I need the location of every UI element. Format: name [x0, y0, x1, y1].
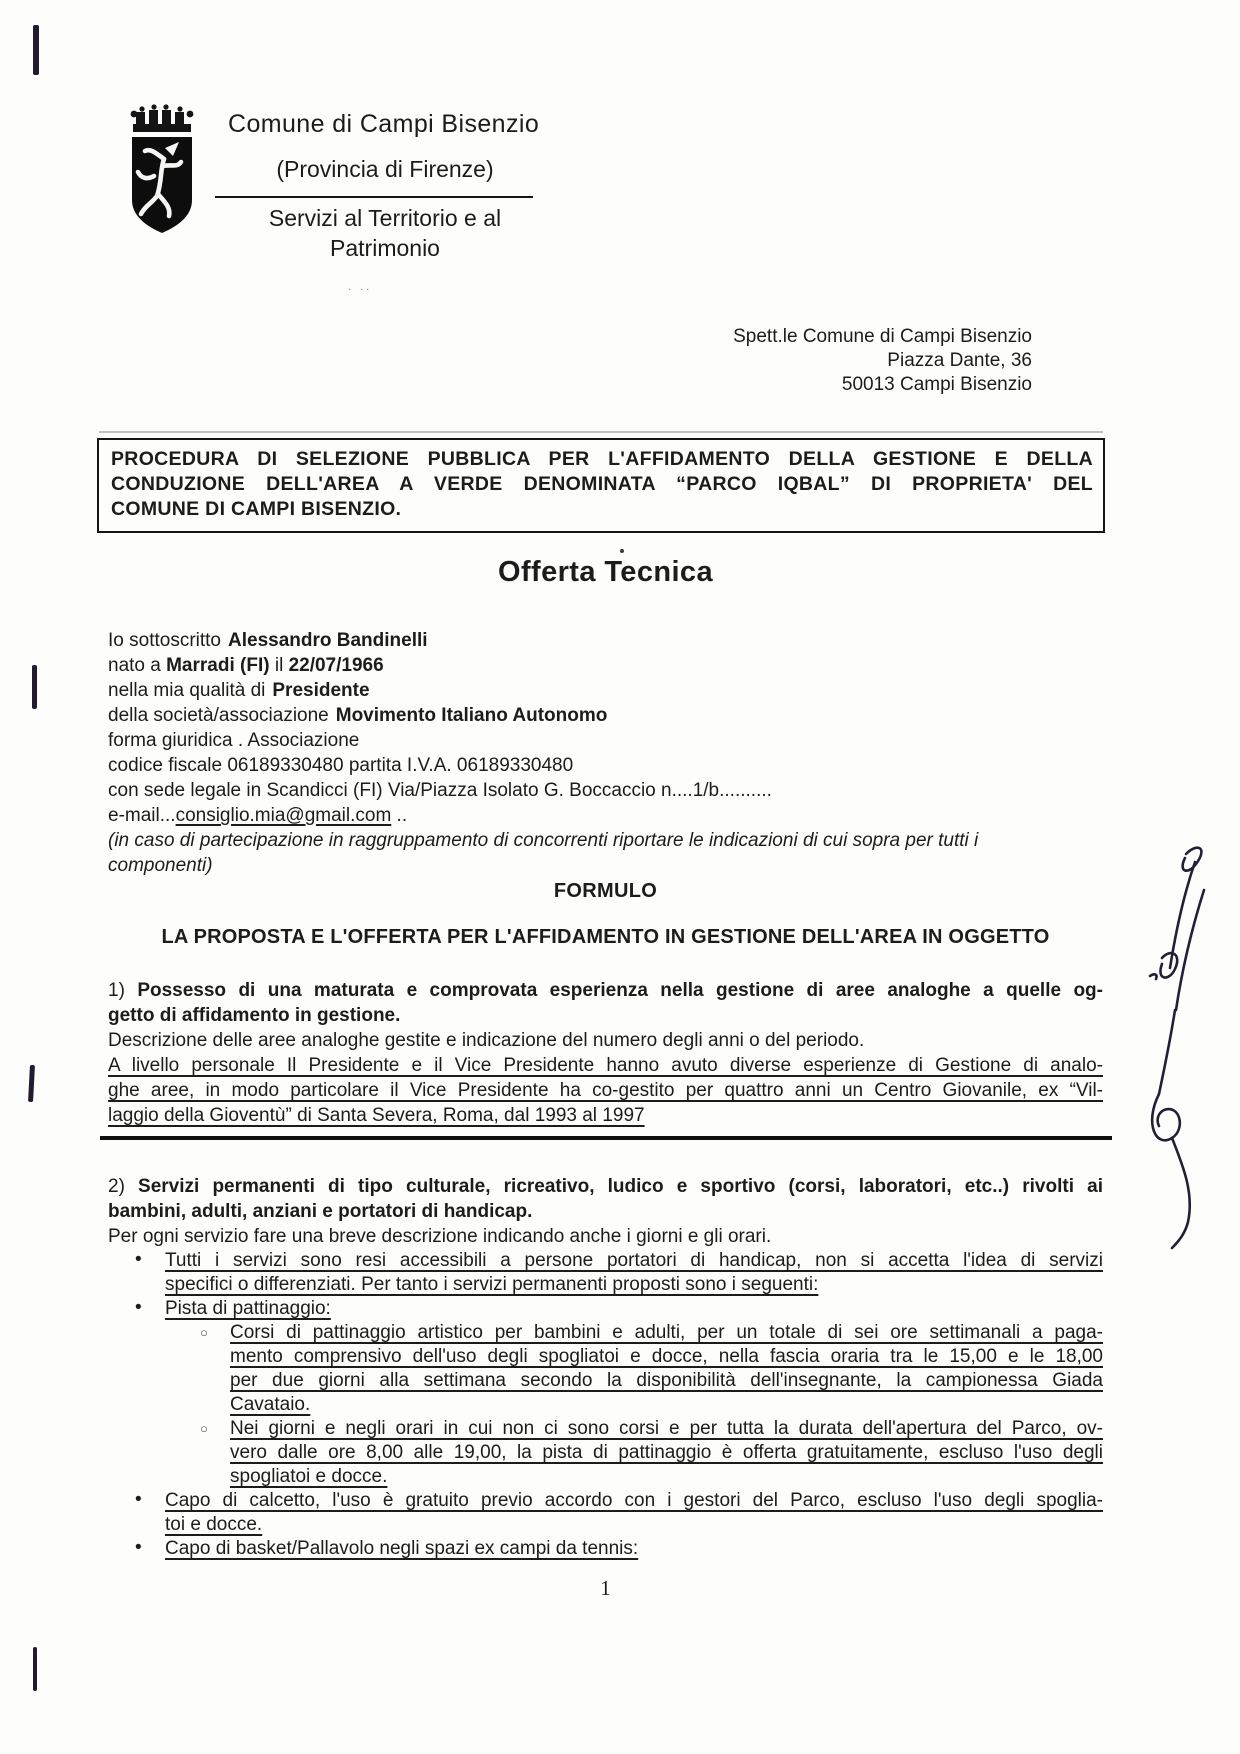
- birth-date: 22/07/1966: [289, 655, 384, 676]
- list-item: ○ Nei giorni e negli orari in cui non ci…: [108, 1417, 1103, 1489]
- proposal-heading: LA PROPOSTA E L'OFFERTA PER L'AFFIDAMENT…: [108, 926, 1103, 949]
- bullet-line: Capo di calcetto, l'uso è gratuito previ…: [165, 1489, 1103, 1513]
- bullet-line: vero dalle ore 8,00 alle 19,00, la pista…: [230, 1441, 1103, 1465]
- declaration-line: della società/associazioneMovimento Ital…: [108, 703, 1103, 728]
- bullet-line: specifici o differenziati. Per tanto i s…: [165, 1273, 1103, 1297]
- bullet-icon: •: [135, 1488, 142, 1512]
- list-item: • Tutti i servizi sono resi accessibili …: [108, 1249, 1103, 1297]
- recipient-line: Spett.le Comune di Campi Bisenzio: [733, 325, 1032, 349]
- list-item: • Pista di pattinaggio:: [108, 1297, 1103, 1321]
- text: Io sottoscritto: [108, 630, 221, 651]
- scan-ghost-line: [99, 431, 1103, 433]
- bullet-line: Tutti i servizi sono resi accessibili a …: [165, 1249, 1103, 1273]
- bullet-line: spogliatoi e docce.: [230, 1465, 1103, 1489]
- section-2-description: Per ogni servizio fare una breve descriz…: [108, 1224, 1103, 1249]
- scan-artifact-bar: [32, 665, 37, 709]
- bullet-line: mento comprensivo dell'uso degli spoglia…: [230, 1345, 1103, 1369]
- handwritten-signature: [1128, 842, 1222, 1254]
- bullet-icon: •: [135, 1296, 142, 1320]
- text: e-mail...: [108, 805, 176, 826]
- recipient-line: Piazza Dante, 36: [733, 349, 1032, 373]
- recipient-address: Spett.le Comune di Campi Bisenzio Piazza…: [733, 325, 1032, 397]
- scan-speck: [620, 549, 624, 553]
- scan-speck: . ..: [348, 281, 372, 293]
- section-heading-text: Possesso di una maturata e comprovata es…: [137, 980, 1103, 1001]
- declaration-line: con sede legale in Scandicci (FI) Via/Pi…: [108, 778, 1103, 803]
- role: Presidente: [272, 680, 369, 701]
- declaration-line: codice fiscale 06189330480 partita I.V.A…: [108, 753, 1103, 778]
- section-2-heading-line: bambini, adulti, anziani e portatori di …: [108, 1199, 1103, 1224]
- bullet-icon: •: [135, 1248, 142, 1272]
- section-1-description: Descrizione delle aree analoghe gestite …: [108, 1028, 1103, 1053]
- sub-bullet-icon: ○: [200, 1417, 208, 1441]
- list-item: • Capo di calcetto, l'uso è gratuito pre…: [108, 1489, 1103, 1537]
- subject-box: PROCEDURA DI SELEZIONE PUBBLICA PER L'AF…: [97, 438, 1105, 533]
- section-1-answer-line: laggio della Gioventù” di Santa Severa, …: [108, 1103, 1103, 1128]
- text: il: [270, 655, 289, 676]
- service-bullet-list: • Tutti i servizi sono resi accessibili …: [108, 1249, 1103, 1561]
- scanned-document-page: Comune di Campi Bisenzio (Provincia di F…: [0, 0, 1240, 1754]
- declaration-line: nella mia qualità diPresidente: [108, 678, 1103, 703]
- declaration-line: forma giuridica . Associazione: [108, 728, 1103, 753]
- section-divider: [100, 1136, 1112, 1140]
- declaration-line: e-mail...consiglio.mia@gmail.com ..: [108, 803, 1103, 828]
- section-heading-text: Servizi permanenti di tipo culturale, ri…: [138, 1176, 1103, 1197]
- declaration-line: Io sottoscrittoAlessandro Bandinelli: [108, 628, 1103, 653]
- section-heading-text: getto di affidamento in gestione.: [108, 1005, 400, 1026]
- section-heading-text: bambini, adulti, anziani e portatori di …: [108, 1201, 532, 1222]
- letterhead: Comune di Campi Bisenzio (Provincia di F…: [215, 110, 555, 263]
- bullet-line: Nei giorni e negli orari in cui non ci s…: [230, 1417, 1103, 1441]
- section-1-answer-line: ghe aree, in modo particolare il Vice Pr…: [108, 1078, 1103, 1103]
- email-address: consiglio.mia@gmail.com: [176, 805, 392, 826]
- recipient-line: 50013 Campi Bisenzio: [733, 373, 1032, 397]
- bullet-line: toi e docce.: [165, 1513, 1103, 1537]
- declaration: Io sottoscrittoAlessandro Bandinelli nat…: [108, 628, 1103, 878]
- section-2: 2) Servizi permanenti di tipo culturale,…: [108, 1174, 1103, 1561]
- scan-artifact-bar: [33, 1647, 37, 1691]
- note-line: (in caso di partecipazione in raggruppam…: [108, 828, 1103, 853]
- section-1: 1) Possesso di una maturata e comprovata…: [108, 978, 1103, 1128]
- bullet-line: Pista di pattinaggio:: [165, 1297, 1103, 1321]
- bullet-line: per due giorni alla settimana secondo la…: [230, 1369, 1103, 1393]
- declarant-name: Alessandro Bandinelli: [228, 630, 428, 651]
- section-1-answer-line: A livello personale Il Presidente e il V…: [108, 1053, 1103, 1078]
- page-number: 1: [108, 1576, 1103, 1601]
- department-line-1: Servizi al Territorio e al: [215, 203, 555, 233]
- bullet-line: Capo di basket/Pallavolo negli spazi ex …: [165, 1537, 1103, 1561]
- section-number: 1): [108, 980, 137, 1001]
- text: della società/associazione: [108, 705, 329, 726]
- section-2-heading-line: 2) Servizi permanenti di tipo culturale,…: [108, 1174, 1103, 1199]
- coat-of-arms-icon: [127, 104, 197, 236]
- sub-bullet-icon: ○: [200, 1321, 208, 1345]
- text: ..: [391, 805, 407, 826]
- subject-line: CONDUZIONE DELL'AREA A VERDE DENOMINATA …: [111, 472, 1093, 497]
- bullet-line: Corsi di pattinaggio artistico per bambi…: [230, 1321, 1103, 1345]
- section-1-heading-line: 1) Possesso di una maturata e comprovata…: [108, 978, 1103, 1003]
- organization-name: Movimento Italiano Autonomo: [336, 705, 608, 726]
- list-item: • Capo di basket/Pallavolo negli spazi e…: [108, 1537, 1103, 1561]
- section-1-heading-line: getto di affidamento in gestione.: [108, 1003, 1103, 1028]
- municipality-name: Comune di Campi Bisenzio: [228, 110, 555, 139]
- department-line-2: Patrimonio: [215, 233, 555, 263]
- subject-line: PROCEDURA DI SELEZIONE PUBBLICA PER L'AF…: [111, 447, 1093, 472]
- bullet-line: Cavataio.: [230, 1393, 1103, 1417]
- scan-artifact-bar: [33, 25, 39, 75]
- list-item: ○ Corsi di pattinaggio artistico per bam…: [108, 1321, 1103, 1417]
- document-title: Offerta Tecnica: [108, 556, 1103, 589]
- scan-artifact-bar: [28, 1065, 35, 1102]
- letterhead-divider: [215, 196, 533, 198]
- text: nella mia qualità di: [108, 680, 265, 701]
- province-line: (Provincia di Firenze): [215, 156, 555, 183]
- text: nato a: [108, 655, 166, 676]
- subject-line: COMUNE DI CAMPI BISENZIO.: [111, 497, 1093, 522]
- section-number: 2): [108, 1176, 138, 1197]
- note-line: componenti): [108, 853, 1103, 878]
- declaration-line: nato a Marradi (FI) il 22/07/1966: [108, 653, 1103, 678]
- formulo-heading: FORMULO: [108, 880, 1103, 903]
- bullet-icon: •: [135, 1536, 142, 1560]
- birth-place: Marradi (FI): [166, 655, 269, 676]
